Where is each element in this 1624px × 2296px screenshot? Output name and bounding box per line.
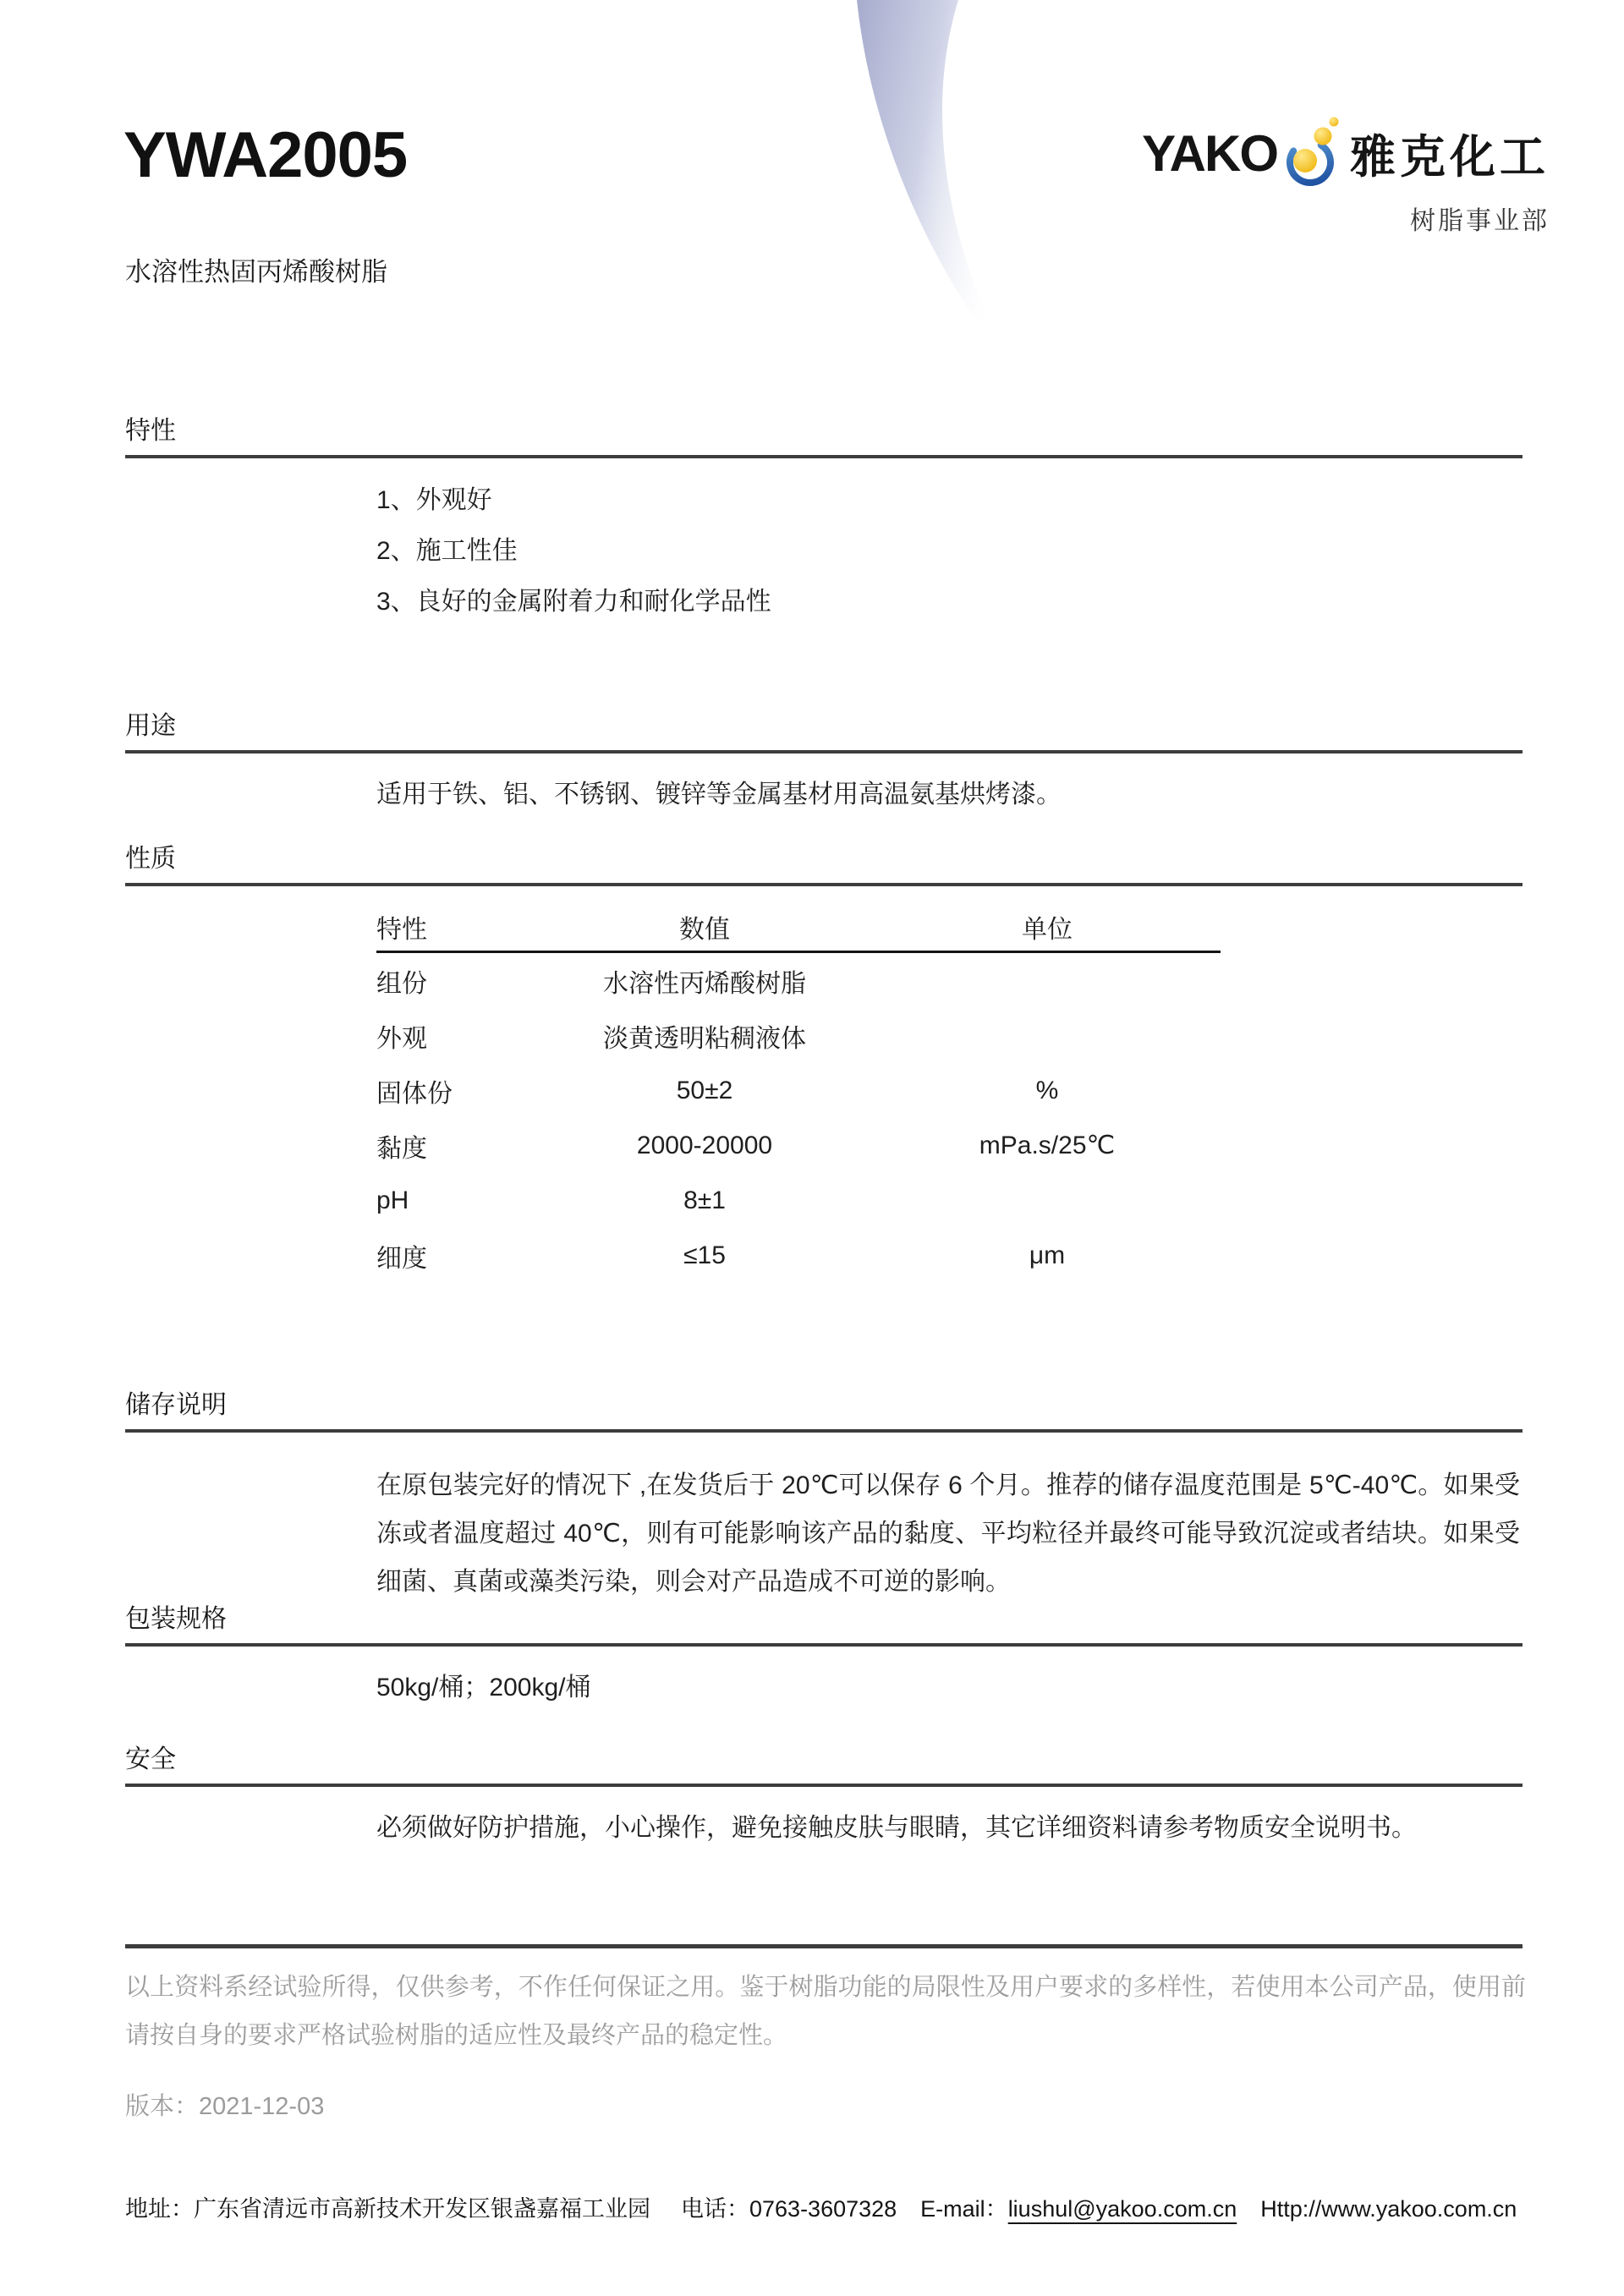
table-row: pH 8±1 (376, 1173, 1522, 1228)
version-label: 版本：2021-12-03 (125, 2087, 324, 2122)
property-unit: % (874, 1077, 1221, 1105)
property-name: 黏度 (376, 1127, 535, 1164)
property-value: 淡黄透明粘稠液体 (535, 1017, 874, 1055)
logo-brand-chinese: 雅克化工 (1350, 121, 1550, 186)
contact-line: 地址：广东省清远市高新技术开发区银盏嘉福工业园电话：0763-3607328E-… (125, 2190, 1588, 2223)
storage-text: 在原包装完好的情况下 ,在发货后于 20℃可以保存 6 个月。推荐的储存温度范围… (376, 1461, 1520, 1606)
property-name: 外观 (376, 1017, 535, 1055)
phone-text: 电话：0763-3607328 (681, 2196, 897, 2222)
section-features-title: 特性 (125, 416, 1522, 447)
logo-division-label: 树脂事业部 (1142, 200, 1550, 237)
section-divider (125, 1429, 1522, 1433)
logo-emblem-icon (1282, 117, 1343, 189)
column-header: 特性 (376, 908, 535, 945)
section-applications: 用途 适用于铁、铝、不锈钢、镀锌等金属基材用高温氨基烘烤漆。 (125, 711, 1522, 819)
table-row: 细度 ≤15 μm (376, 1228, 1522, 1283)
feature-item: 2、施工性佳 (376, 526, 1522, 577)
feature-item: 3、良好的金属附着力和耐化学品性 (376, 577, 1522, 627)
property-value: 8±1 (535, 1186, 874, 1215)
applications-text: 适用于铁、铝、不锈钢、镀锌等金属基材用高温氨基烘烤漆。 (376, 770, 1522, 819)
section-divider (125, 1643, 1522, 1647)
footer-divider (125, 1944, 1522, 1948)
property-name: pH (376, 1186, 535, 1215)
section-features: 特性 1、外观好 2、施工性佳 3、良好的金属附着力和耐化学品性 (125, 416, 1522, 627)
section-applications-title: 用途 (125, 711, 1522, 742)
properties-table: 特性 数值 单位 组份 水溶性丙烯酸树脂 外观 淡黄透明粘稠液体 固体份 50±… (376, 903, 1522, 1283)
section-divider (125, 1784, 1522, 1787)
property-value: 2000-20000 (535, 1132, 874, 1160)
property-value: 50±2 (535, 1077, 874, 1105)
feature-item: 1、外观好 (376, 475, 1522, 526)
property-name: 组份 (376, 962, 535, 1000)
column-header: 单位 (874, 908, 1221, 945)
section-divider (125, 750, 1522, 753)
section-storage: 储存说明 在原包装完好的情况下 ,在发货后于 20℃可以保存 6 个月。推荐的储… (125, 1390, 1522, 1606)
property-name: 固体份 (376, 1072, 535, 1110)
table-row: 固体份 50±2 % (376, 1063, 1522, 1118)
section-safety: 安全 必须做好防护措施，小心操作，避免接触皮肤与眼睛，其它详细资料请参考物质安全… (125, 1745, 1522, 1852)
safety-text: 必须做好防护措施，小心操作，避免接触皮肤与眼睛，其它详细资料请参考物质安全说明书… (376, 1804, 1522, 1852)
email-link[interactable]: liushul@yakoo.com.cn (1008, 2196, 1237, 2222)
section-properties: 性质 特性 数值 单位 组份 水溶性丙烯酸树脂 外观 淡黄透明粘稠液体 固体份 … (125, 844, 1522, 1283)
section-divider (125, 455, 1522, 458)
property-value: 水溶性丙烯酸树脂 (535, 962, 874, 1000)
email-label: E-mail： (920, 2196, 1008, 2222)
section-safety-title: 安全 (125, 1745, 1522, 1775)
table-row: 外观 淡黄透明粘稠液体 (376, 1008, 1522, 1063)
section-properties-title: 性质 (125, 844, 1522, 874)
logo-wordmark: YAKO (1142, 124, 1277, 183)
packaging-text: 50kg/桶；200kg/桶 (376, 1663, 1522, 1712)
address-text: 地址：广东省清远市高新技术开发区银盏嘉福工业园 (125, 2196, 650, 2222)
company-logo: YAKO 雅克化工 树脂事业部 (1142, 117, 1550, 237)
column-header: 数值 (535, 908, 874, 945)
table-row: 黏度 2000-20000 mPa.s/25℃ (376, 1118, 1522, 1173)
property-unit: mPa.s/25℃ (874, 1131, 1221, 1160)
datasheet-page: YWA2005 YAKO (0, 0, 1624, 2296)
section-storage-title: 储存说明 (125, 1390, 1522, 1421)
property-value: ≤15 (535, 1241, 874, 1270)
section-divider (125, 883, 1522, 886)
table-row: 组份 水溶性丙烯酸树脂 (376, 953, 1522, 1008)
properties-table-header-row: 特性 数值 单位 (376, 903, 1522, 951)
product-subtitle: 水溶性热固丙烯酸树脂 (125, 250, 387, 288)
header-swoosh-decoration (791, 0, 1155, 397)
section-packaging-title: 包装规格 (125, 1604, 1522, 1635)
website-link[interactable]: Http://www.yakoo.com.cn (1260, 2196, 1517, 2222)
disclaimer-text: 以上资料系经试验所得，仅供参考，不作任何保证之用。鉴于树脂功能的局限性及用户要求… (125, 1964, 1526, 2060)
section-packaging: 包装规格 50kg/桶；200kg/桶 (125, 1604, 1522, 1712)
property-name: 细度 (376, 1237, 535, 1274)
product-title: YWA2005 (123, 118, 407, 192)
property-unit: μm (874, 1241, 1221, 1270)
